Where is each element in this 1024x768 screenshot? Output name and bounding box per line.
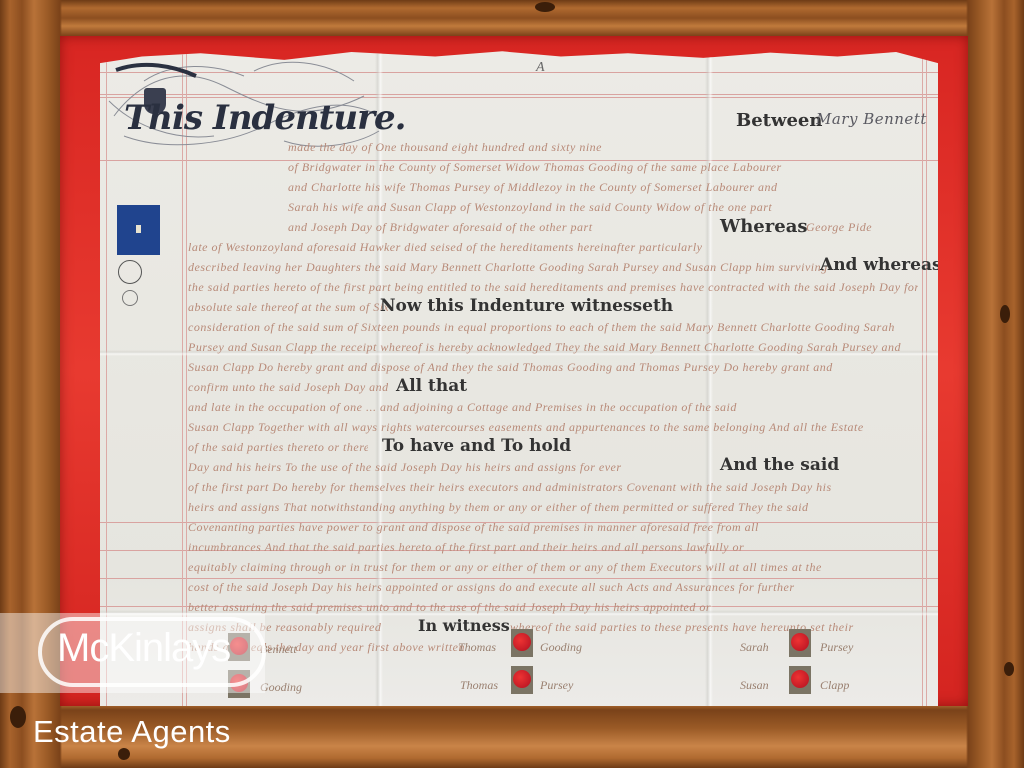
signature: Thomas <box>460 678 498 693</box>
signature: Gooding <box>260 680 302 695</box>
signature: Sarah <box>740 640 769 655</box>
wax-seal <box>789 666 811 694</box>
signature: Susan <box>740 678 769 693</box>
wood-knot <box>535 2 555 12</box>
signature: Pursey <box>540 678 573 693</box>
wood-knot <box>1000 305 1010 323</box>
watermark-tagline: Estate Agents <box>33 714 231 750</box>
wood-knot <box>10 706 26 728</box>
wood-knot <box>1004 662 1014 676</box>
wax-seal <box>511 666 533 694</box>
blue-revenue-stamp <box>117 205 160 255</box>
wax-seal <box>789 629 811 657</box>
signature: Gooding <box>540 640 582 655</box>
indenture-document: This Indenture. A made the day of One th… <box>100 50 938 706</box>
watermark-brand: McKinlays <box>57 626 230 671</box>
signature: Pursey <box>820 640 853 655</box>
signature: Thomas <box>458 640 496 655</box>
embossed-crown-stamp <box>118 260 142 284</box>
document-title: This Indenture. <box>124 98 405 138</box>
signature: Clapp <box>820 678 849 693</box>
page-letter: A <box>536 60 545 76</box>
wax-seal <box>511 629 533 657</box>
stamp-number-circle <box>122 290 138 306</box>
